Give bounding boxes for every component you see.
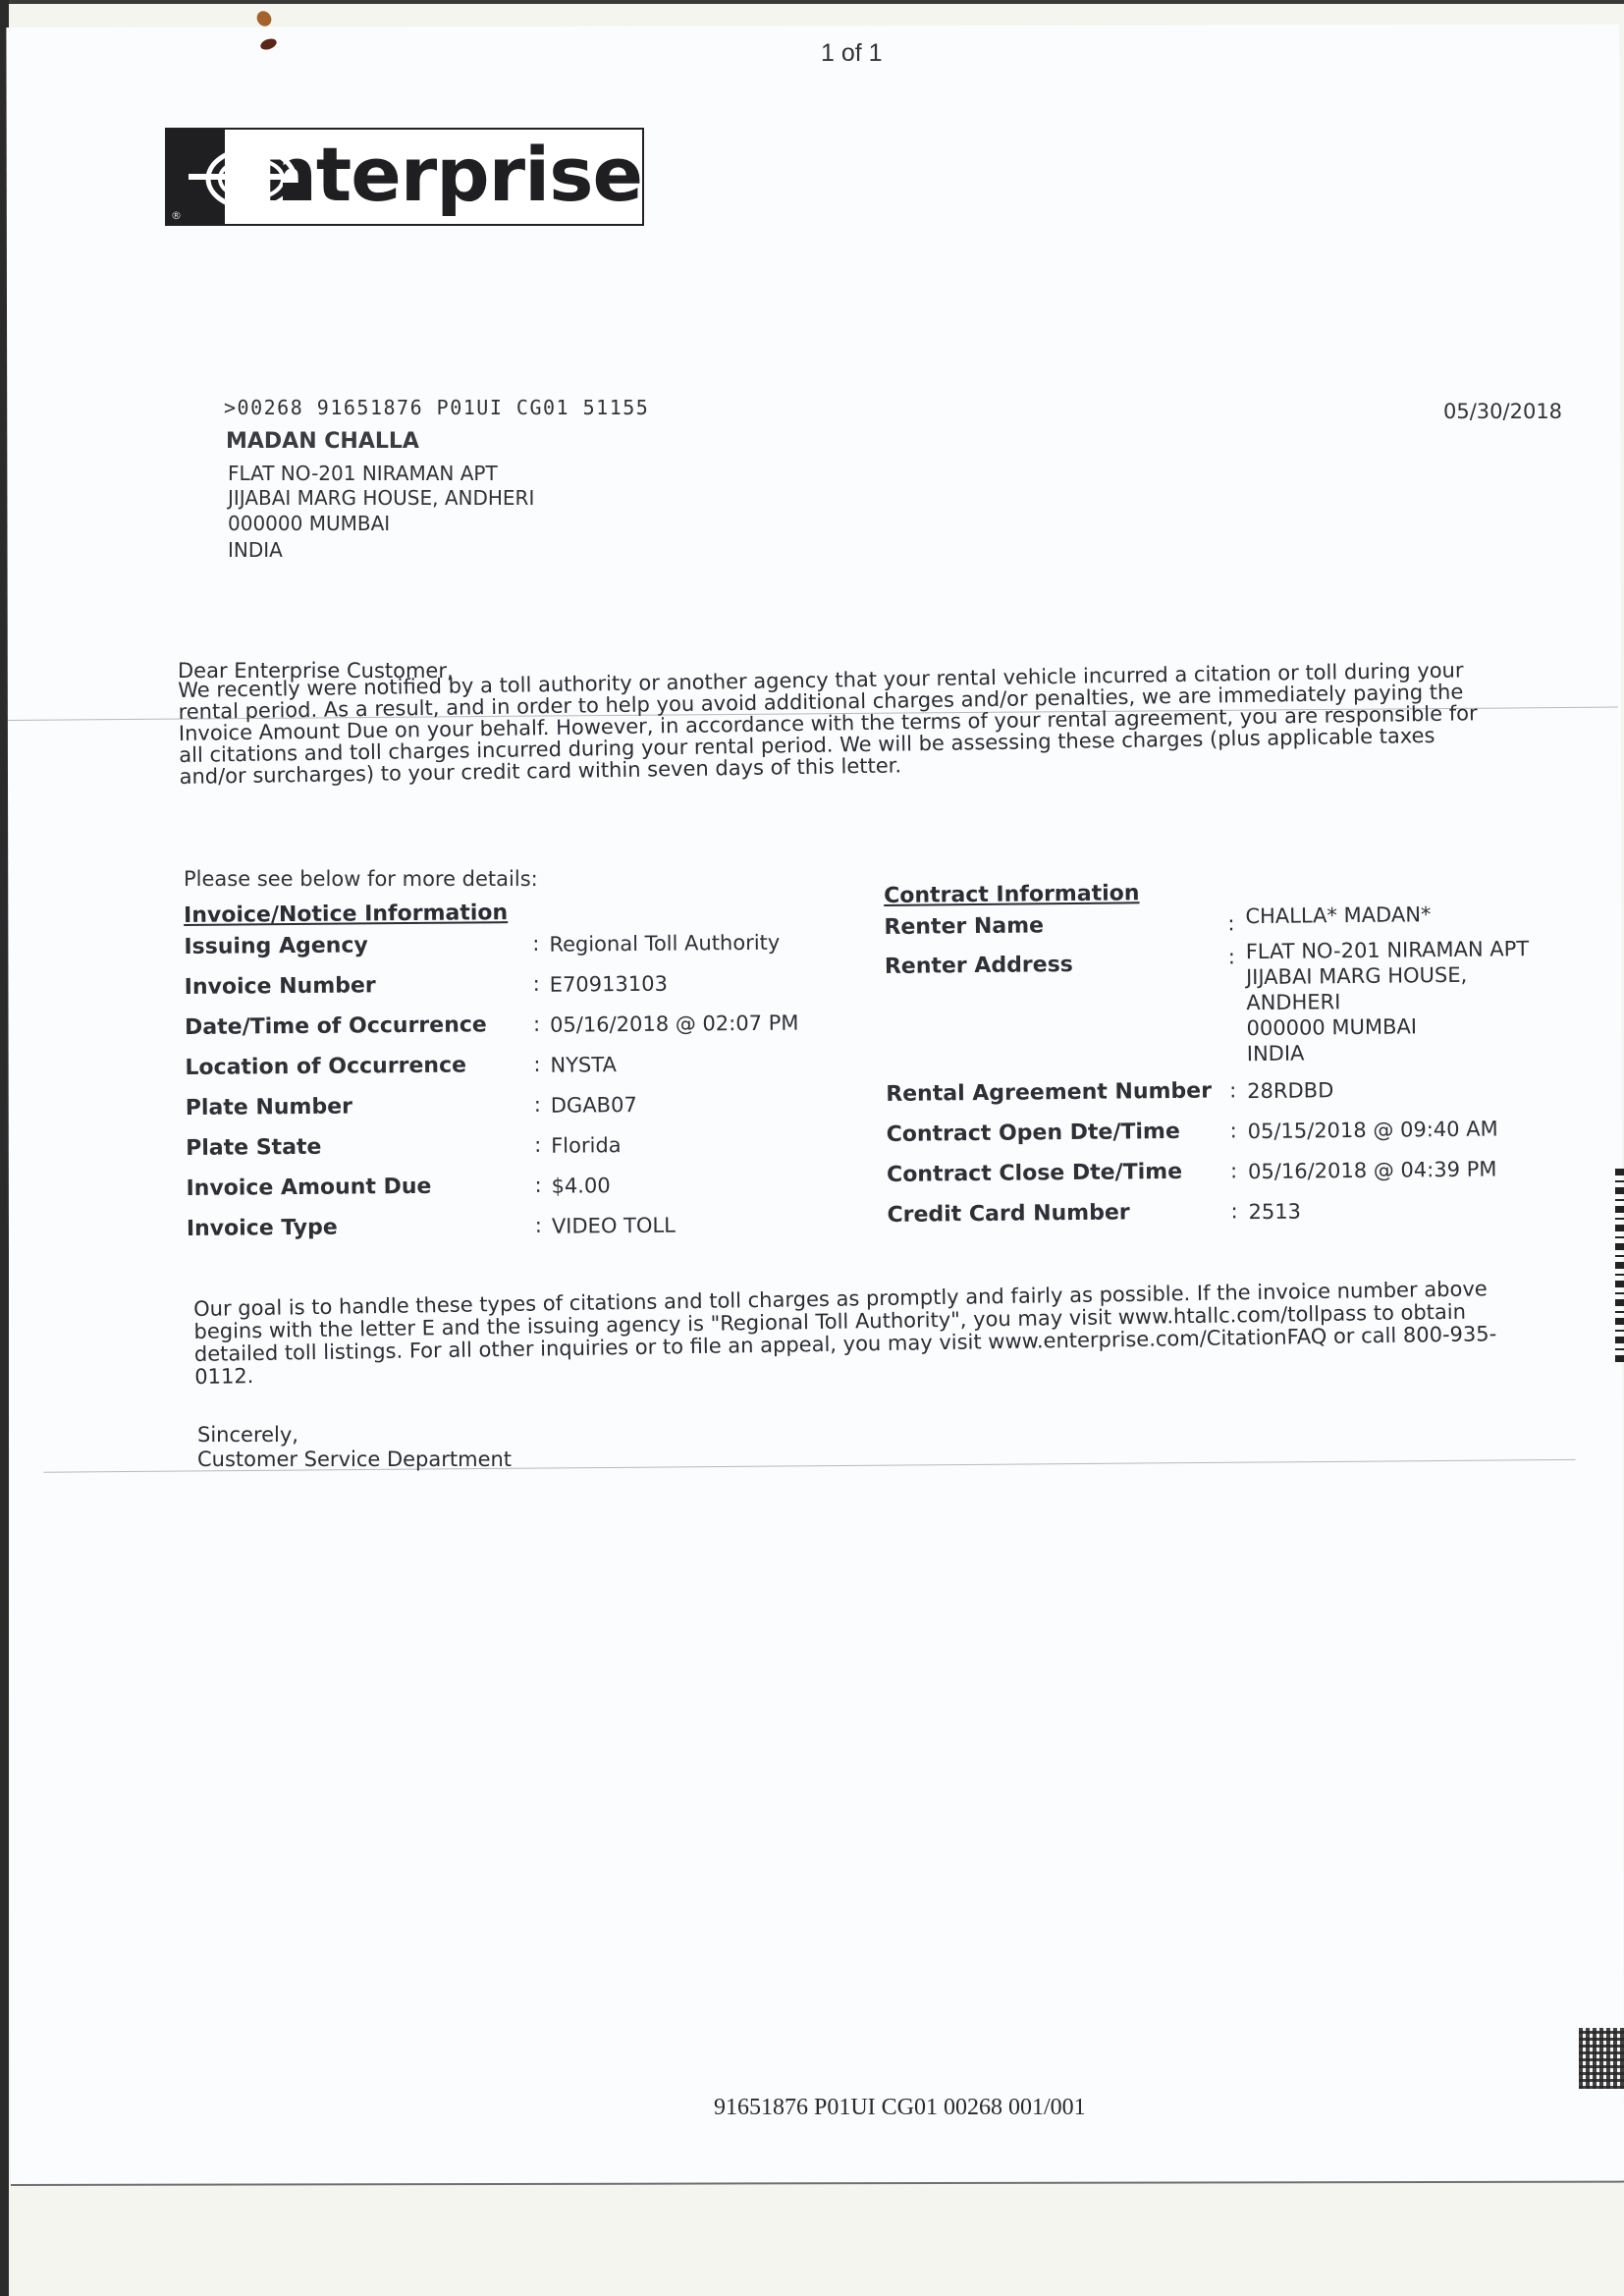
field-value: $4.00 xyxy=(551,1173,610,1200)
field-separator: : xyxy=(1230,1199,1237,1223)
field-separator: : xyxy=(533,1053,540,1076)
invoice-row: Invoice Type:VIDEO TOLL xyxy=(187,1211,864,1257)
address-line: INDIA xyxy=(1247,1038,1531,1066)
intro-paragraph: We recently were notified by a toll auth… xyxy=(178,654,1574,788)
mail-code: >00268 91651876 P01UI CG01 51155 xyxy=(224,396,649,419)
invoice-row: Invoice Number:E70913103 xyxy=(185,969,862,1015)
field-label: Renter Address xyxy=(885,953,1073,979)
tracking-code: 91651876 P01UI CG01 00268 001/001 xyxy=(714,2095,1086,2121)
field-value: VIDEO TOLL xyxy=(552,1213,676,1240)
field-separator: : xyxy=(1227,911,1234,935)
field-label: Issuing Agency xyxy=(184,933,368,959)
address-line: 000000 MUMBAI xyxy=(228,512,390,535)
field-value: CHALLA* MADAN* xyxy=(1245,902,1431,930)
invoice-row: Issuing Agency:Regional Toll Authority xyxy=(184,929,861,975)
logo-block: ® xyxy=(167,130,225,224)
scanner-edge-top xyxy=(0,0,1624,4)
field-label: Contract Open Dte/Time xyxy=(887,1120,1180,1147)
closing-text: Sincerely, xyxy=(197,1423,512,1448)
field-value: Florida xyxy=(551,1132,622,1160)
invoice-row: Plate Number:DGAB07 xyxy=(186,1090,863,1136)
field-label: Contract Close Dte/Time xyxy=(887,1160,1182,1187)
field-value: Regional Toll Authority xyxy=(549,930,780,958)
recipient-name: MADAN CHALLA xyxy=(226,429,419,454)
registered-mark: ® xyxy=(171,209,182,222)
field-separator: : xyxy=(532,932,539,956)
datamatrix-code xyxy=(1579,2028,1624,2089)
field-separator: : xyxy=(533,972,540,996)
invoice-rows: Issuing Agency:Regional Toll AuthorityIn… xyxy=(184,929,864,1257)
field-label: Location of Occurrence xyxy=(185,1053,466,1079)
invoice-information-section: Invoice/Notice Information Issuing Agenc… xyxy=(184,898,864,1257)
stain-mark xyxy=(254,8,275,28)
invoice-row: Invoice Amount Due:$4.00 xyxy=(186,1171,863,1217)
field-label: Credit Card Number xyxy=(887,1200,1129,1228)
field-separator: : xyxy=(534,1093,541,1117)
field-separator: : xyxy=(1228,945,1235,968)
address-line: FLAT NO-201 NIRAMAN APT xyxy=(1246,936,1530,964)
field-separator: : xyxy=(533,1012,540,1036)
field-label: Rental Agreement Number xyxy=(886,1079,1212,1107)
field-separator: : xyxy=(1229,1078,1236,1102)
contract-rows: Rental Agreement Number:28RDBDContract O… xyxy=(886,1074,1595,1243)
enterprise-logo: ® nterprise xyxy=(165,128,644,226)
address-line: INDIA xyxy=(228,538,283,562)
field-label: Plate Number xyxy=(186,1095,352,1121)
address-line: JIJABAI MARG HOUSE, xyxy=(1246,961,1530,990)
page-counter: 1 of 1 xyxy=(821,39,883,68)
signature: Customer Service Department xyxy=(197,1448,512,1472)
field-value: 28RDBD xyxy=(1247,1077,1333,1105)
field-separator: : xyxy=(534,1133,541,1157)
field-separator: : xyxy=(535,1214,542,1237)
field-value: 05/15/2018 @ 09:40 AM xyxy=(1248,1116,1498,1145)
edge-barcode xyxy=(1615,1169,1624,1365)
renter-address-value: FLAT NO-201 NIRAMAN APT JIJABAI MARG HOU… xyxy=(1246,936,1531,1066)
sign-off: Sincerely, Customer Service Department xyxy=(197,1423,512,1472)
field-value: 05/16/2018 @ 04:39 PM xyxy=(1248,1156,1497,1185)
see-below-text: Please see below for more details: xyxy=(184,867,538,891)
contract-row-renter-address: Renter Address : FLAT NO-201 NIRAMAN APT… xyxy=(885,947,1593,1082)
field-value: NYSTA xyxy=(550,1052,617,1079)
invoice-row: Location of Occurrence:NYSTA xyxy=(185,1050,862,1096)
field-label: Invoice Number xyxy=(185,973,376,1000)
field-label: Plate State xyxy=(186,1135,321,1161)
address-line: 000000 MUMBAI xyxy=(1246,1012,1530,1041)
field-separator: : xyxy=(1230,1119,1237,1142)
contract-row: Credit Card Number:2513 xyxy=(887,1195,1594,1243)
field-label: Renter Name xyxy=(884,913,1044,940)
address-line: FLAT NO-201 NIRAMAN APT xyxy=(228,462,498,485)
address-line: JIJABAI MARG HOUSE, ANDHERI xyxy=(228,486,534,510)
letter-date: 05/30/2018 xyxy=(1443,400,1562,423)
field-label: Invoice Amount Due xyxy=(186,1175,431,1201)
invoice-row: Plate State:Florida xyxy=(186,1130,863,1176)
field-value: DGAB07 xyxy=(551,1092,637,1120)
field-label: Date/Time of Occurrence xyxy=(185,1012,487,1040)
contract-information-section: Contract Information Renter Name : CHALL… xyxy=(884,876,1595,1243)
field-separator: : xyxy=(1230,1159,1237,1182)
field-separator: : xyxy=(534,1174,541,1197)
field-value: 05/16/2018 @ 02:07 PM xyxy=(550,1011,799,1039)
logo-e-icon xyxy=(189,141,304,212)
field-label: Invoice Type xyxy=(187,1216,338,1241)
field-value: E70913103 xyxy=(550,971,668,999)
address-line: ANDHERI xyxy=(1246,987,1530,1015)
invoice-row: Date/Time of Occurrence:05/16/2018 @ 02:… xyxy=(185,1010,862,1056)
field-value: 2513 xyxy=(1248,1199,1301,1227)
